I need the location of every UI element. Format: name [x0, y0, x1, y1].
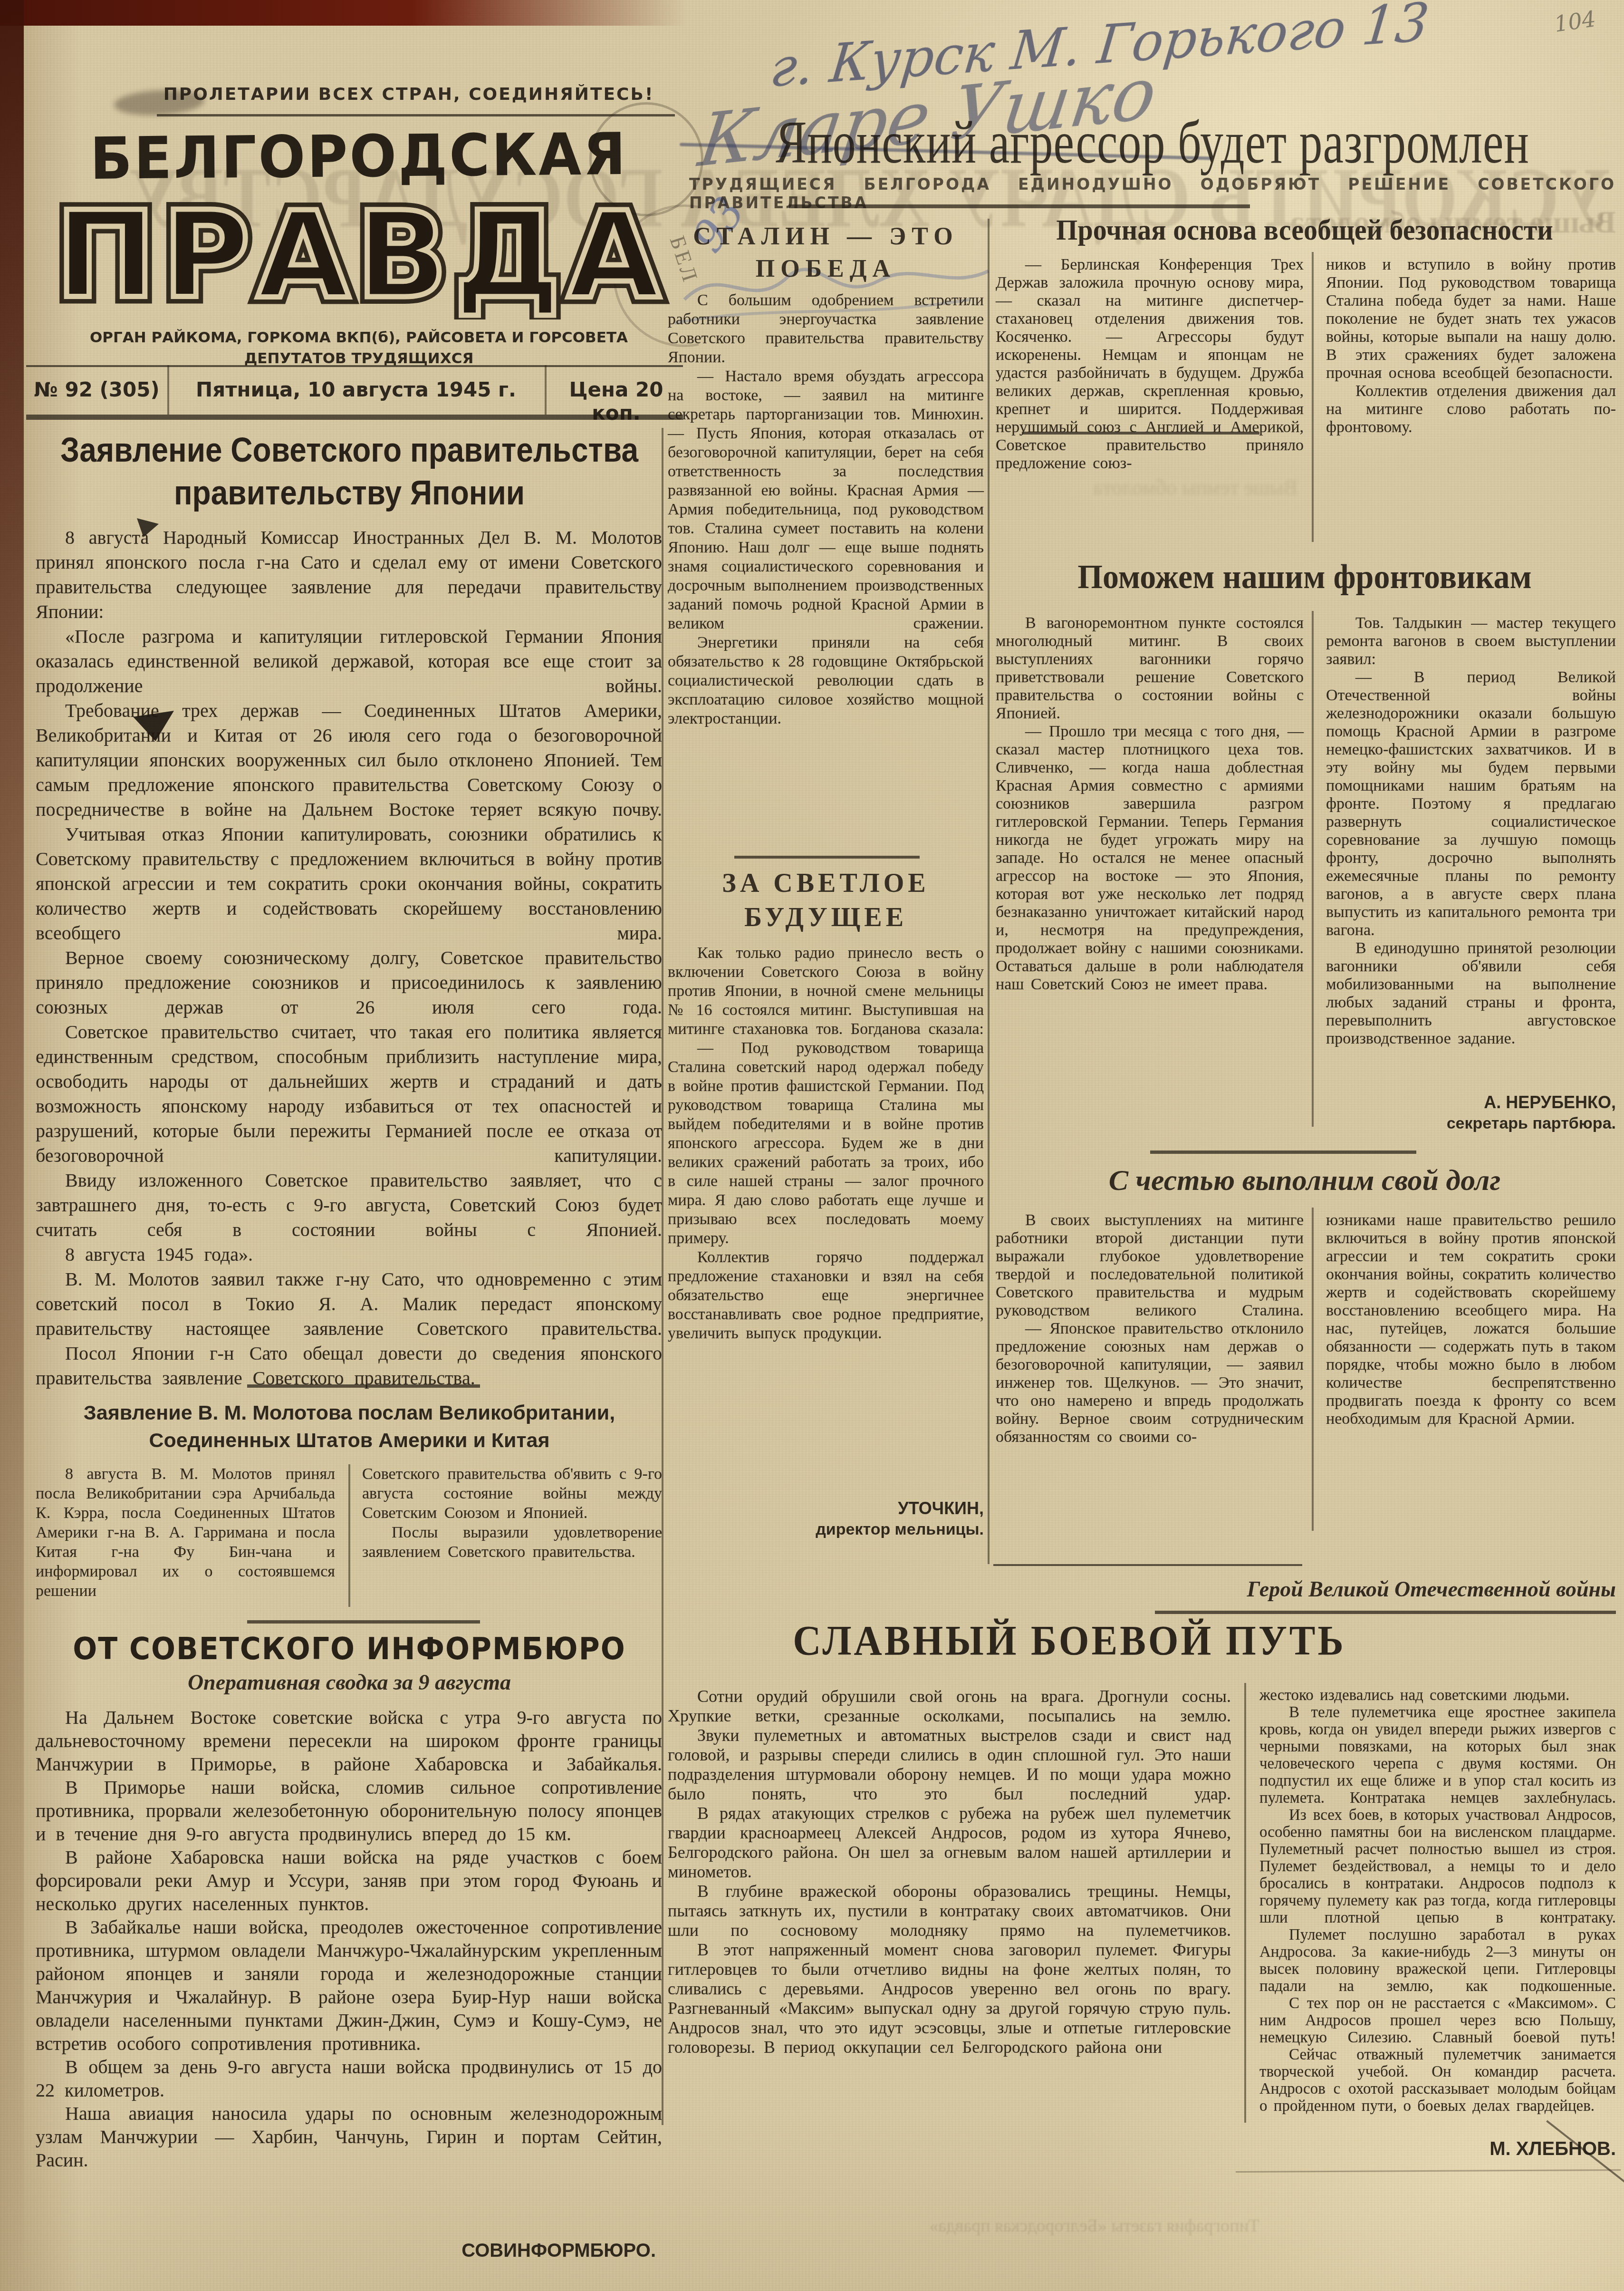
paragraph: Советское правительство считает, что так… [36, 1020, 662, 1168]
molotov-col2: Советского правительства об'явить с 9-го… [362, 1464, 662, 1562]
duty-title: С честью выполним свой долг [993, 1164, 1616, 1198]
future-body: Как только радио принесло весть о включе… [668, 944, 984, 1343]
paragraph: В единодушно принятой резолюции вагонник… [1326, 939, 1616, 1048]
pravda-outline-inner: ПРАВДА [56, 186, 667, 319]
paragraph: — Под руководством товарища Сталина сове… [668, 1039, 984, 1248]
masthead-organ-line2: ДЕПУТАТОВ ТРУДЯЩИХСЯ [52, 350, 665, 367]
paragraph: — Настало время обуздать агрессора на во… [668, 367, 984, 633]
masthead-organ-line1: ОРГАН РАЙКОМА, ГОРКОМА ВКП(б), РАЙСОВЕТА… [52, 329, 665, 346]
statement-body: 8 августа Народный Комиссар Иностранных … [36, 525, 662, 1391]
paragraph: Из всех боев, в которых участвовал Андро… [1259, 1807, 1616, 1926]
frontoviki-sig-role: секретарь партбюра. [1374, 1114, 1616, 1133]
duty-col1: В своих выступлениях на митинге работник… [996, 1211, 1304, 1446]
paragraph: В рядах атакующих стрелков с рубежа на р… [668, 1804, 1231, 1882]
scan-edge-top [0, 0, 687, 26]
frontoviki-title: Поможем нашим фронтовикам [993, 557, 1616, 597]
foundation-col2: ников и вступило в войну против Японии. … [1326, 256, 1616, 436]
infobar-divider-1 [167, 365, 169, 415]
issue-date: Пятница, 10 августа 1945 г. [177, 378, 535, 401]
paragraph: 8 августа Народный Комиссар Иностранных … [36, 525, 662, 624]
mid-divider [734, 856, 920, 859]
statement-title-line2: правительству Японии [36, 473, 663, 512]
paragraph: Послы выразили удовлетворение заявлением… [362, 1523, 662, 1562]
paragraph: В глубине вражеской обороны образовались… [668, 1882, 1231, 1940]
paragraph: Требование трех держав — Соединенных Шта… [36, 698, 662, 822]
scan-edge-left [0, 0, 24, 2291]
paragraph: Звуки пулеметных и автоматных выстрелов … [668, 1726, 1231, 1804]
paragraph: — В период Великой Отечественной войны ж… [1326, 668, 1616, 939]
molotov-title-line2: Соединенных Штатов Америки и Китая [36, 1429, 663, 1452]
paragraph: Коллектив отделения движения дал на мити… [1326, 382, 1616, 436]
paragraph: Советского правительства об'явить с 9-го… [362, 1464, 662, 1523]
paragraph: В вагоноремонтном пункте состоялся много… [996, 614, 1304, 723]
hero-left-rule [993, 1564, 1302, 1566]
duty-col2: юзниками наше правительство решило включ… [1326, 1211, 1616, 1428]
informbureau-signature: СОВИНФОРМБЮРО. [428, 2240, 656, 2262]
paragraph: Тов. Талдыкин — мастер текущего ремонта … [1326, 614, 1616, 668]
future-title-line2: БУДУЩЕЕ [668, 902, 984, 933]
molotov-title-line1: Заявление В. М. Молотова послам Великобр… [36, 1402, 663, 1425]
paragraph: Учитывая отказ Японии капитулировать, со… [36, 822, 662, 946]
frontoviki-column-rule [1312, 611, 1314, 1127]
path-column-rule [1244, 1683, 1246, 2123]
paragraph: — Берлинская Конференция Трех Держав зал… [996, 256, 1304, 473]
frontoviki-col2: Тов. Талдыкин — мастер текущего ремонта … [1326, 614, 1616, 1048]
paragraph: Наша авиация наносила удары по основным … [36, 2102, 662, 2172]
duty-top-rule [1150, 1150, 1416, 1154]
paragraph: жестоко издевались над советскими людьми… [1259, 1687, 1616, 1704]
section-divider-2 [247, 1620, 480, 1624]
banner-headline: Японский агрессор будет разгромлен [689, 108, 1616, 178]
pencil-line-bottom [1236, 2169, 1621, 2173]
stalin-body: С большим одобрением встретили работники… [668, 291, 984, 728]
paragraph: Пулемет послушно заработал в руках Андро… [1259, 1926, 1616, 1995]
masthead-title-line2: ПРАВДА ПРАВДА [45, 186, 677, 319]
bleedthrough-smudge-1: Выше темпы обмолота [1003, 475, 1297, 500]
paragraph: ников и вступило в войну против Японии. … [1326, 256, 1616, 382]
paragraph: В теле пулеметчика еще яростнее закипела… [1259, 1704, 1616, 1807]
duty-column-rule [1312, 1208, 1314, 1531]
frontoviki-col1: В вагоноремонтном пункте состоялся много… [996, 614, 1304, 994]
slogan-underline [157, 114, 675, 116]
path-col2: жестоко издевались над советскими людьми… [1259, 1687, 1616, 2115]
hero-section-label: Герой Великой Отечественной войны [1164, 1576, 1616, 1602]
path-title: СЛАВНЫЙ БОЕВОЙ ПУТЬ [732, 1616, 1407, 1665]
future-sig-role: директор мельницы. [741, 1520, 984, 1539]
paragraph: В общем за день 9-го августа наши войска… [36, 2055, 662, 2102]
paragraph: — Прошло три месяца с того дня, — сказал… [996, 723, 1304, 994]
statement-title-line1: Заявление Советского правительства [36, 430, 663, 470]
foundation-col1: — Берлинская Конференция Трех Держав зал… [996, 256, 1304, 473]
hero-underline [1155, 1611, 1616, 1614]
paragraph: В районе Хабаровска наши войска на ряде … [36, 1846, 662, 1915]
path-signature: М. ХЛЕБНОВ. [1378, 2138, 1616, 2160]
paragraph: — Японское правительство отклонило предл… [996, 1320, 1304, 1446]
paragraph: Сотни орудий обрушили свой огонь на враг… [668, 1687, 1231, 1726]
issue-number: № 92 (305) [26, 378, 167, 401]
paragraph: 8 августа 1945 года». [36, 1242, 662, 1267]
paragraph: В Приморье наши войска, сломив сильное с… [36, 1776, 662, 1846]
informbureau-title: ОТ СОВЕТСКОГО ИНФОРМБЮРО [36, 1632, 663, 1667]
paragraph: В этот напряженный момент снова заговори… [668, 1940, 1231, 2057]
paragraph: Посол Японии г-н Сато обещал довести до … [36, 1341, 662, 1391]
infobar-rule-top [26, 365, 683, 367]
paragraph: Верное своему союзническому долгу, Совет… [36, 946, 662, 1020]
bleedthrough-bottom: Типография газеты «Белгородская правда» [689, 2215, 1259, 2236]
paragraph: юзниками наше правительство решило включ… [1326, 1211, 1616, 1428]
infobar-divider-2 [545, 365, 547, 415]
paragraph: С большим одобрением встретили работники… [668, 291, 984, 367]
paragraph: С тех пор он не расстается с «Максимом».… [1259, 1995, 1616, 2046]
paragraph: Энергетики приняли на себя обязательство… [668, 633, 984, 728]
stalin-title-line1: СТАЛИН — ЭТО [668, 222, 984, 251]
future-title-line1: ЗА СВЕТЛОЕ [668, 868, 984, 899]
paragraph: В Забайкалье наши войска, преодолев ожес… [36, 1915, 662, 2055]
stalin-title-line2: ПОБЕДА [668, 255, 984, 283]
paragraph: Ввиду изложенного Советское правительств… [36, 1168, 662, 1242]
molotov-col1: 8 августа В. М. Молотов принял посла Вел… [36, 1464, 335, 1601]
issue-price: Цена 20 коп. [549, 378, 683, 425]
page-corner-number: 104 [1553, 6, 1597, 37]
paragraph: На Дальнем Востоке советские войска с ут… [36, 1706, 662, 1776]
paragraph: В своих выступлениях на митинге работник… [996, 1211, 1304, 1320]
section-divider-1 [247, 1384, 480, 1388]
newspaper-page: УСКОРИТЬ СДАЧУ ХЛЕБА ГОСУДАРСТВУ Выше те… [0, 0, 1624, 2291]
column-rule-left-mid [662, 428, 663, 2125]
paragraph: Как только радио принесло весть о включе… [668, 944, 984, 1039]
masthead-slogan: ПРОЛЕТАРИИ ВСЕХ СТРАН, СОЕДИНЯЙТЕСЬ! [143, 85, 675, 104]
banner-rule [789, 204, 1250, 208]
informbureau-body: На Дальнем Востоке советские войска с ут… [36, 1706, 662, 2172]
molotov-column-rule [348, 1464, 350, 1607]
foundation-end-rule [1022, 432, 1259, 435]
paragraph: 8 августа В. М. Молотов принял посла Вел… [36, 1464, 335, 1601]
informbureau-subtitle: Оперативная сводка за 9 августа [36, 1670, 663, 1695]
paragraph: В. М. Молотов заявил также г-ну Сато, чт… [36, 1267, 662, 1341]
paragraph: Коллектив горячо поддержал предложение с… [668, 1248, 984, 1343]
foundation-title: Прочная основа всеобщей безопасности [993, 213, 1616, 246]
column-rule-mid-right [988, 219, 990, 1564]
paragraph: Сейчас отважный пулеметчик занимается тв… [1259, 2046, 1616, 2115]
masthead-title-line1: БЕЛГОРОДСКАЯ [42, 120, 675, 193]
frontoviki-sig-name: А. НЕРУБЕНКО, [1374, 1092, 1616, 1112]
foundation-column-rule [1312, 252, 1314, 542]
future-sig-name: УТОЧКИН, [741, 1498, 984, 1518]
paragraph: «После разгрома и капитуляции гитлеровск… [36, 624, 662, 698]
path-col1: Сотни орудий обрушили свой огонь на враг… [668, 1687, 1231, 2057]
